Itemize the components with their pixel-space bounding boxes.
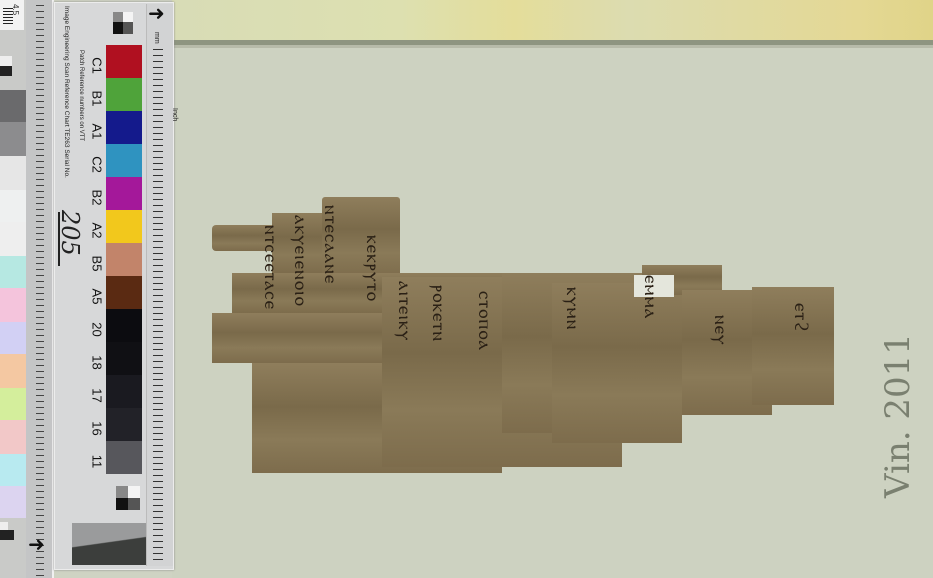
inventory-number-label: Vin. 2011 [878, 333, 918, 498]
board-top-strip [172, 0, 933, 40]
left-ruler [26, 0, 54, 578]
papyrus-fragment: ⲛⲧⲥⲉⲉⲧⲁⲥⲉ ⲁⲕⲩⲉⲓⲉⲛⲟⲓⲟ ⲛⲧⲉⲥⲁⲁⲛⲉ ⲕⲉⲕⲣⲩⲧⲟ ⲁⲓ… [212, 195, 838, 480]
board-edge-highlight [172, 45, 933, 48]
patch-label: 17 [90, 387, 105, 405]
patch-11 [106, 441, 142, 474]
left-chart-label-box: 4.5 [0, 0, 24, 30]
papyrus-text-line: ⲥⲧⲟⲡⲟⲁ [474, 291, 496, 351]
check-patch [113, 12, 123, 22]
patch-label: 20 [90, 321, 105, 339]
patch-20 [106, 309, 142, 342]
chart-ruler [146, 4, 173, 566]
patch-label: B1 [90, 90, 105, 108]
gray-wedge [72, 523, 150, 565]
gray-check-patch [0, 56, 12, 66]
barcode-icon [3, 6, 13, 24]
patch-b1 [106, 78, 142, 111]
patch-label: 18 [90, 354, 105, 372]
patch-label: 16 [90, 420, 105, 438]
papyrus-text-line: ⲛⲧⲉⲥⲁⲁⲛⲉ [320, 205, 342, 284]
patch-label: 11 [90, 453, 105, 471]
papyrus-text-line: ⲉⲙⲙⲁ [640, 275, 662, 319]
check-patch [123, 22, 133, 34]
papyrus-text-line: ⲣⲟⲕⲉⲧⲛ [428, 285, 450, 342]
patch-a1 [106, 111, 142, 144]
patch-17 [106, 375, 142, 408]
patch-label: A1 [90, 123, 105, 141]
serial-number-handwritten: 205 [56, 210, 84, 256]
papyrus-text-line: ⲕⲩⲙⲛ [562, 287, 584, 330]
patch-label: C2 [90, 156, 105, 174]
papyrus-text-line: ⲁⲕⲩⲉⲓⲉⲛⲟⲓⲟ [290, 215, 312, 307]
chart-patch-note: Patch Reference numbers on VTT [78, 50, 84, 141]
patch-a5 [106, 276, 142, 309]
check-patch [128, 498, 140, 510]
check-patch [113, 22, 123, 34]
ruler-unit-inch: Inch [171, 108, 178, 121]
patch-label: C1 [90, 57, 105, 75]
check-patch [123, 12, 133, 22]
patch-16 [106, 408, 142, 441]
arrow-right-icon: ➜ [28, 535, 45, 555]
patch-c2 [106, 144, 142, 177]
patch-b5 [106, 243, 142, 276]
patch-label: A5 [90, 288, 105, 306]
patch-a2 [106, 210, 142, 243]
patch-18 [106, 342, 142, 375]
papyrus-text-line: ⲛⲉⲩ [710, 315, 732, 346]
gray-check-patch [0, 66, 12, 76]
patch-label: A2 [90, 222, 105, 240]
gray-check-patch [0, 530, 14, 540]
gray-check-patch [0, 522, 8, 530]
patch-b2 [106, 177, 142, 210]
papyrus-text-line: ⲁⲓⲧⲉⲓⲕⲩ [394, 281, 416, 341]
arrow-right-icon: ➜ [148, 4, 165, 24]
check-patch [116, 498, 128, 510]
papyrus-text-line: ⲕⲉⲕⲣⲩⲧⲟ [362, 235, 384, 302]
color-patch-column [106, 45, 142, 474]
patch-label: B5 [90, 255, 105, 273]
serial-underline [58, 212, 60, 266]
ruler-unit-mm: mm [153, 32, 160, 44]
patch-label: B2 [90, 189, 105, 207]
check-patch [128, 486, 140, 498]
papyrus-text-line: ⲉⲧϩ [789, 303, 812, 333]
check-patch [116, 486, 128, 498]
chart-maker-text: Image Engineering Scan Reference Chart T… [63, 6, 70, 178]
papyrus-text-line: ⲛⲧⲥⲉⲉⲧⲁⲥⲉ [260, 225, 282, 310]
patch-c1 [106, 45, 142, 78]
